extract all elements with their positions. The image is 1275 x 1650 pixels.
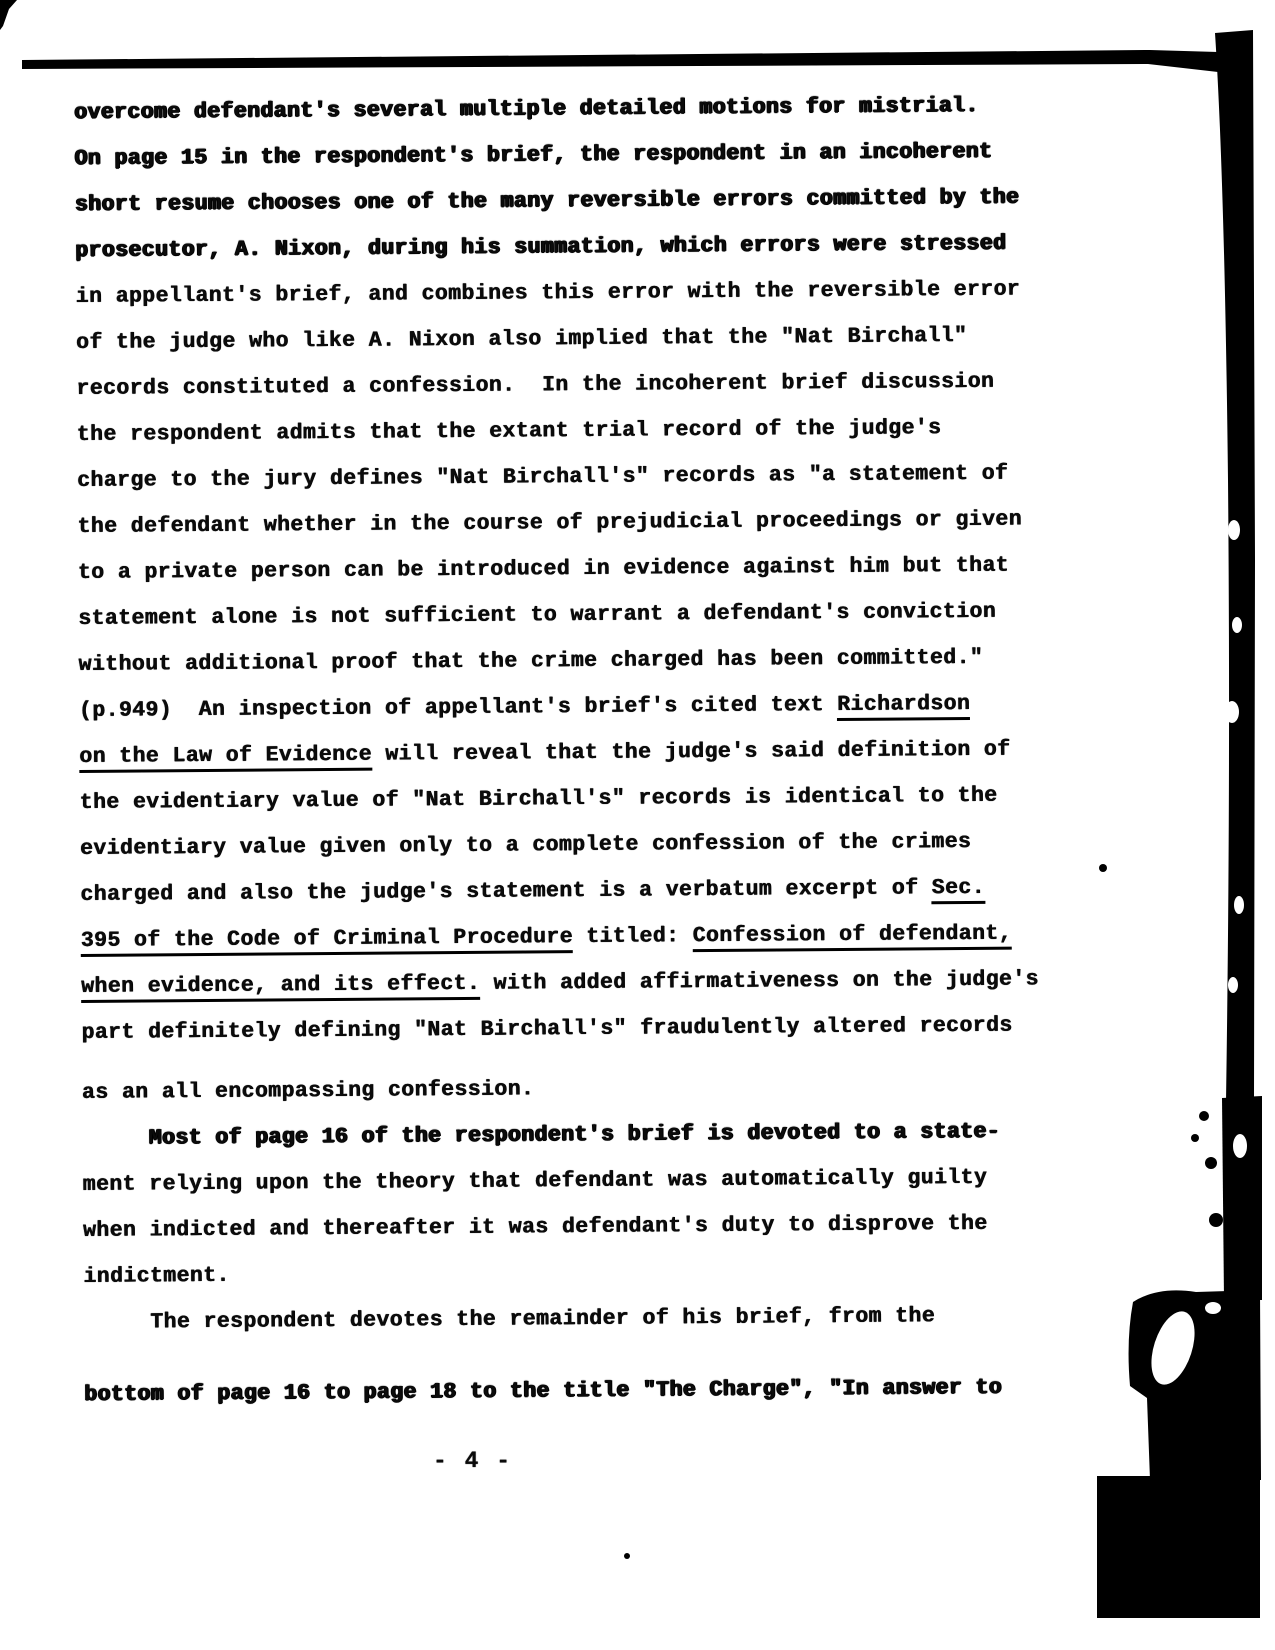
text-line: in appellant's brief, and combines this … (75, 266, 1065, 320)
scan-right-band-lower (1222, 1096, 1262, 1300)
text-segment: will reveal that the judge's said defini… (372, 738, 1011, 767)
text-segment: to a private person can be introduced in… (78, 554, 1009, 585)
text-line: to a private person can be introduced in… (78, 542, 1068, 596)
scan-speck (1209, 1213, 1223, 1227)
document-lines: overcome defendant's several multiple de… (74, 82, 1074, 1418)
scan-white-notch (1234, 896, 1244, 914)
underlined-text: Sec. (932, 876, 985, 904)
text-line: part definitely defining "Nat Birchall's… (81, 1002, 1071, 1056)
text-line: the defendant whether in the course of p… (77, 496, 1067, 550)
text-segment: the evidentiary value of "Nat Birchall's… (80, 784, 998, 815)
underlined-text: Richardson (837, 692, 970, 721)
scan-top-rule (22, 50, 1218, 72)
text-segment: On page 15 in the respondent's brief, th… (74, 140, 992, 171)
text-line: when indicted and thereafter it was defe… (83, 1200, 1073, 1254)
scanned-document-page: overcome defendant's several multiple de… (0, 0, 1275, 1650)
scan-white-notch (1205, 1302, 1221, 1314)
text-line: of the judge who like A. Nixon also impl… (76, 312, 1066, 366)
text-segment: statement alone is not sufficient to war… (78, 600, 996, 631)
text-segment: short resume chooses one of the many rev… (75, 186, 1020, 217)
text-line: on the Law of Evidence will reveal that … (79, 726, 1069, 780)
text-line: the evidentiary value of "Nat Birchall's… (79, 772, 1069, 826)
scan-white-notch (1233, 1134, 1247, 1158)
text-line: (p.949) An inspection of appellant's bri… (79, 680, 1069, 734)
text-segment: of the judge who like A. Nixon also impl… (76, 324, 967, 355)
text-segment: titled: (573, 924, 693, 949)
scan-bottom-block (1097, 1476, 1260, 1618)
text-segment: evidentiary value given only to a comple… (80, 830, 971, 861)
text-line: when evidence, and its effect. with adde… (81, 956, 1071, 1010)
text-segment: records constituted a confession. In the… (76, 370, 994, 401)
scan-right-band (1215, 30, 1255, 1102)
scan-white-swirl (1143, 1306, 1203, 1390)
scan-white-notch (1225, 701, 1239, 723)
page-number: - 4 - (433, 1448, 512, 1474)
scan-white-notch (1232, 617, 1242, 633)
text-segment: overcome defendant's several multiple de… (74, 94, 979, 125)
scan-speck (1205, 1157, 1217, 1169)
underlined-text: when evidence, and its effect. (81, 972, 480, 1003)
text-segment: with added affirmativeness on the judge'… (480, 967, 1039, 995)
scan-blob (1129, 1290, 1261, 1480)
text-line: evidentiary value given only to a comple… (80, 818, 1070, 872)
scan-white-notch (1228, 977, 1238, 993)
text-segment: without additional proof that the crime … (78, 646, 983, 677)
text-segment: Most of page 16 of the respondent's brie… (82, 1120, 1000, 1151)
text-segment: indictment. (83, 1264, 230, 1289)
text-line: indictment. (83, 1246, 1073, 1300)
text-line: charge to the jury defines "Nat Birchall… (77, 450, 1067, 504)
text-line: bottom of page 16 to page 18 to the titl… (84, 1364, 1074, 1418)
text-line: The respondent devotes the remainder of … (84, 1292, 1074, 1346)
text-segment: ment relying upon the theory that defend… (83, 1166, 988, 1197)
text-line: the respondent admits that the extant tr… (77, 404, 1067, 458)
scan-speck (1099, 864, 1107, 872)
text-line: Most of page 16 of the respondent's brie… (82, 1108, 1072, 1162)
text-line: overcome defendant's several multiple de… (74, 82, 1064, 136)
scan-speck (1199, 1111, 1209, 1121)
underlined-text: 395 of the Code of Criminal Procedure (81, 925, 573, 957)
text-segment: prosecutor, A. Nixon, during his summati… (75, 232, 1006, 263)
scan-speck (1191, 1134, 1199, 1142)
text-line: prosecutor, A. Nixon, during his summati… (75, 220, 1065, 274)
underlined-text: Confession of defendant, (692, 922, 1011, 953)
text-line: as an all encompassing confession. (82, 1062, 1072, 1116)
text-line: statement alone is not sufficient to war… (78, 588, 1068, 642)
text-segment: bottom of page 16 to page 18 to the titl… (84, 1376, 1002, 1407)
text-segment: as an all encompassing confession. (82, 1077, 534, 1105)
text-segment: in appellant's brief, and combines this … (76, 278, 1021, 309)
text-segment: (p.949) An inspection of appellant's bri… (79, 693, 837, 723)
scan-white-notch (1228, 520, 1240, 540)
text-line: 395 of the Code of Criminal Procedure ti… (81, 910, 1071, 964)
text-segment: charge to the jury defines "Nat Birchall… (77, 462, 1008, 493)
text-segment: the respondent admits that the extant tr… (77, 416, 942, 447)
text-line: ment relying upon the theory that defend… (82, 1154, 1072, 1208)
text-line: short resume chooses one of the many rev… (75, 174, 1065, 228)
text-line: charged and also the judge's statement i… (80, 864, 1070, 918)
text-segment: part definitely defining "Nat Birchall's… (81, 1014, 1012, 1045)
text-segment: charged and also the judge's statement i… (80, 876, 932, 907)
text-segment: when indicted and thereafter it was defe… (83, 1212, 988, 1243)
scan-corner-mark (0, 0, 17, 30)
scan-speck (624, 1553, 630, 1559)
underlined-text: on the Law of Evidence (79, 743, 372, 773)
text-line: records constituted a confession. In the… (76, 358, 1066, 412)
text-segment: The respondent devotes the remainder of … (84, 1304, 936, 1335)
text-line: without additional proof that the crime … (78, 634, 1068, 688)
text-segment: the defendant whether in the course of p… (77, 508, 1022, 539)
text-line: On page 15 in the respondent's brief, th… (74, 128, 1064, 182)
